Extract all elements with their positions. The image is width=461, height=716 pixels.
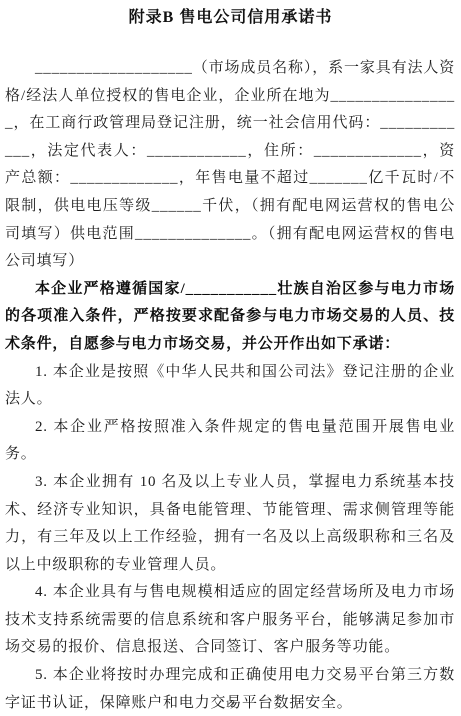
document-title: 附录B 售电公司信用承诺书 (0, 0, 461, 29)
commitment-item-1: 1. 本企业是按照《中华人民共和国公司法》登记注册的企业法人。 (5, 359, 455, 414)
intro-paragraph: ___________________（市场成员名称），系一家具有法人资格/经法… (5, 55, 455, 276)
commitment-lead-paragraph: 本企业严格遵循国家/___________壮族自治区参与电力市场的各项准入条件，… (5, 276, 455, 359)
commitment-item-2: 2. 本企业严格按照准入条件规定的售电量范围开展售电业务。 (5, 414, 455, 469)
commitment-item-4: 4. 本企业具有与售电规模相适应的固定经营场所及电力市场技术支持系统需要的信息系… (5, 579, 455, 662)
page-number: 12 (0, 699, 461, 709)
commitment-item-3: 3. 本企业拥有 10 名及以上专业人员，掌握电力系统基本技术、经济专业知识，具… (5, 469, 455, 579)
document-page: 附录B 售电公司信用承诺书 ___________________（市场成员名称… (0, 0, 461, 716)
